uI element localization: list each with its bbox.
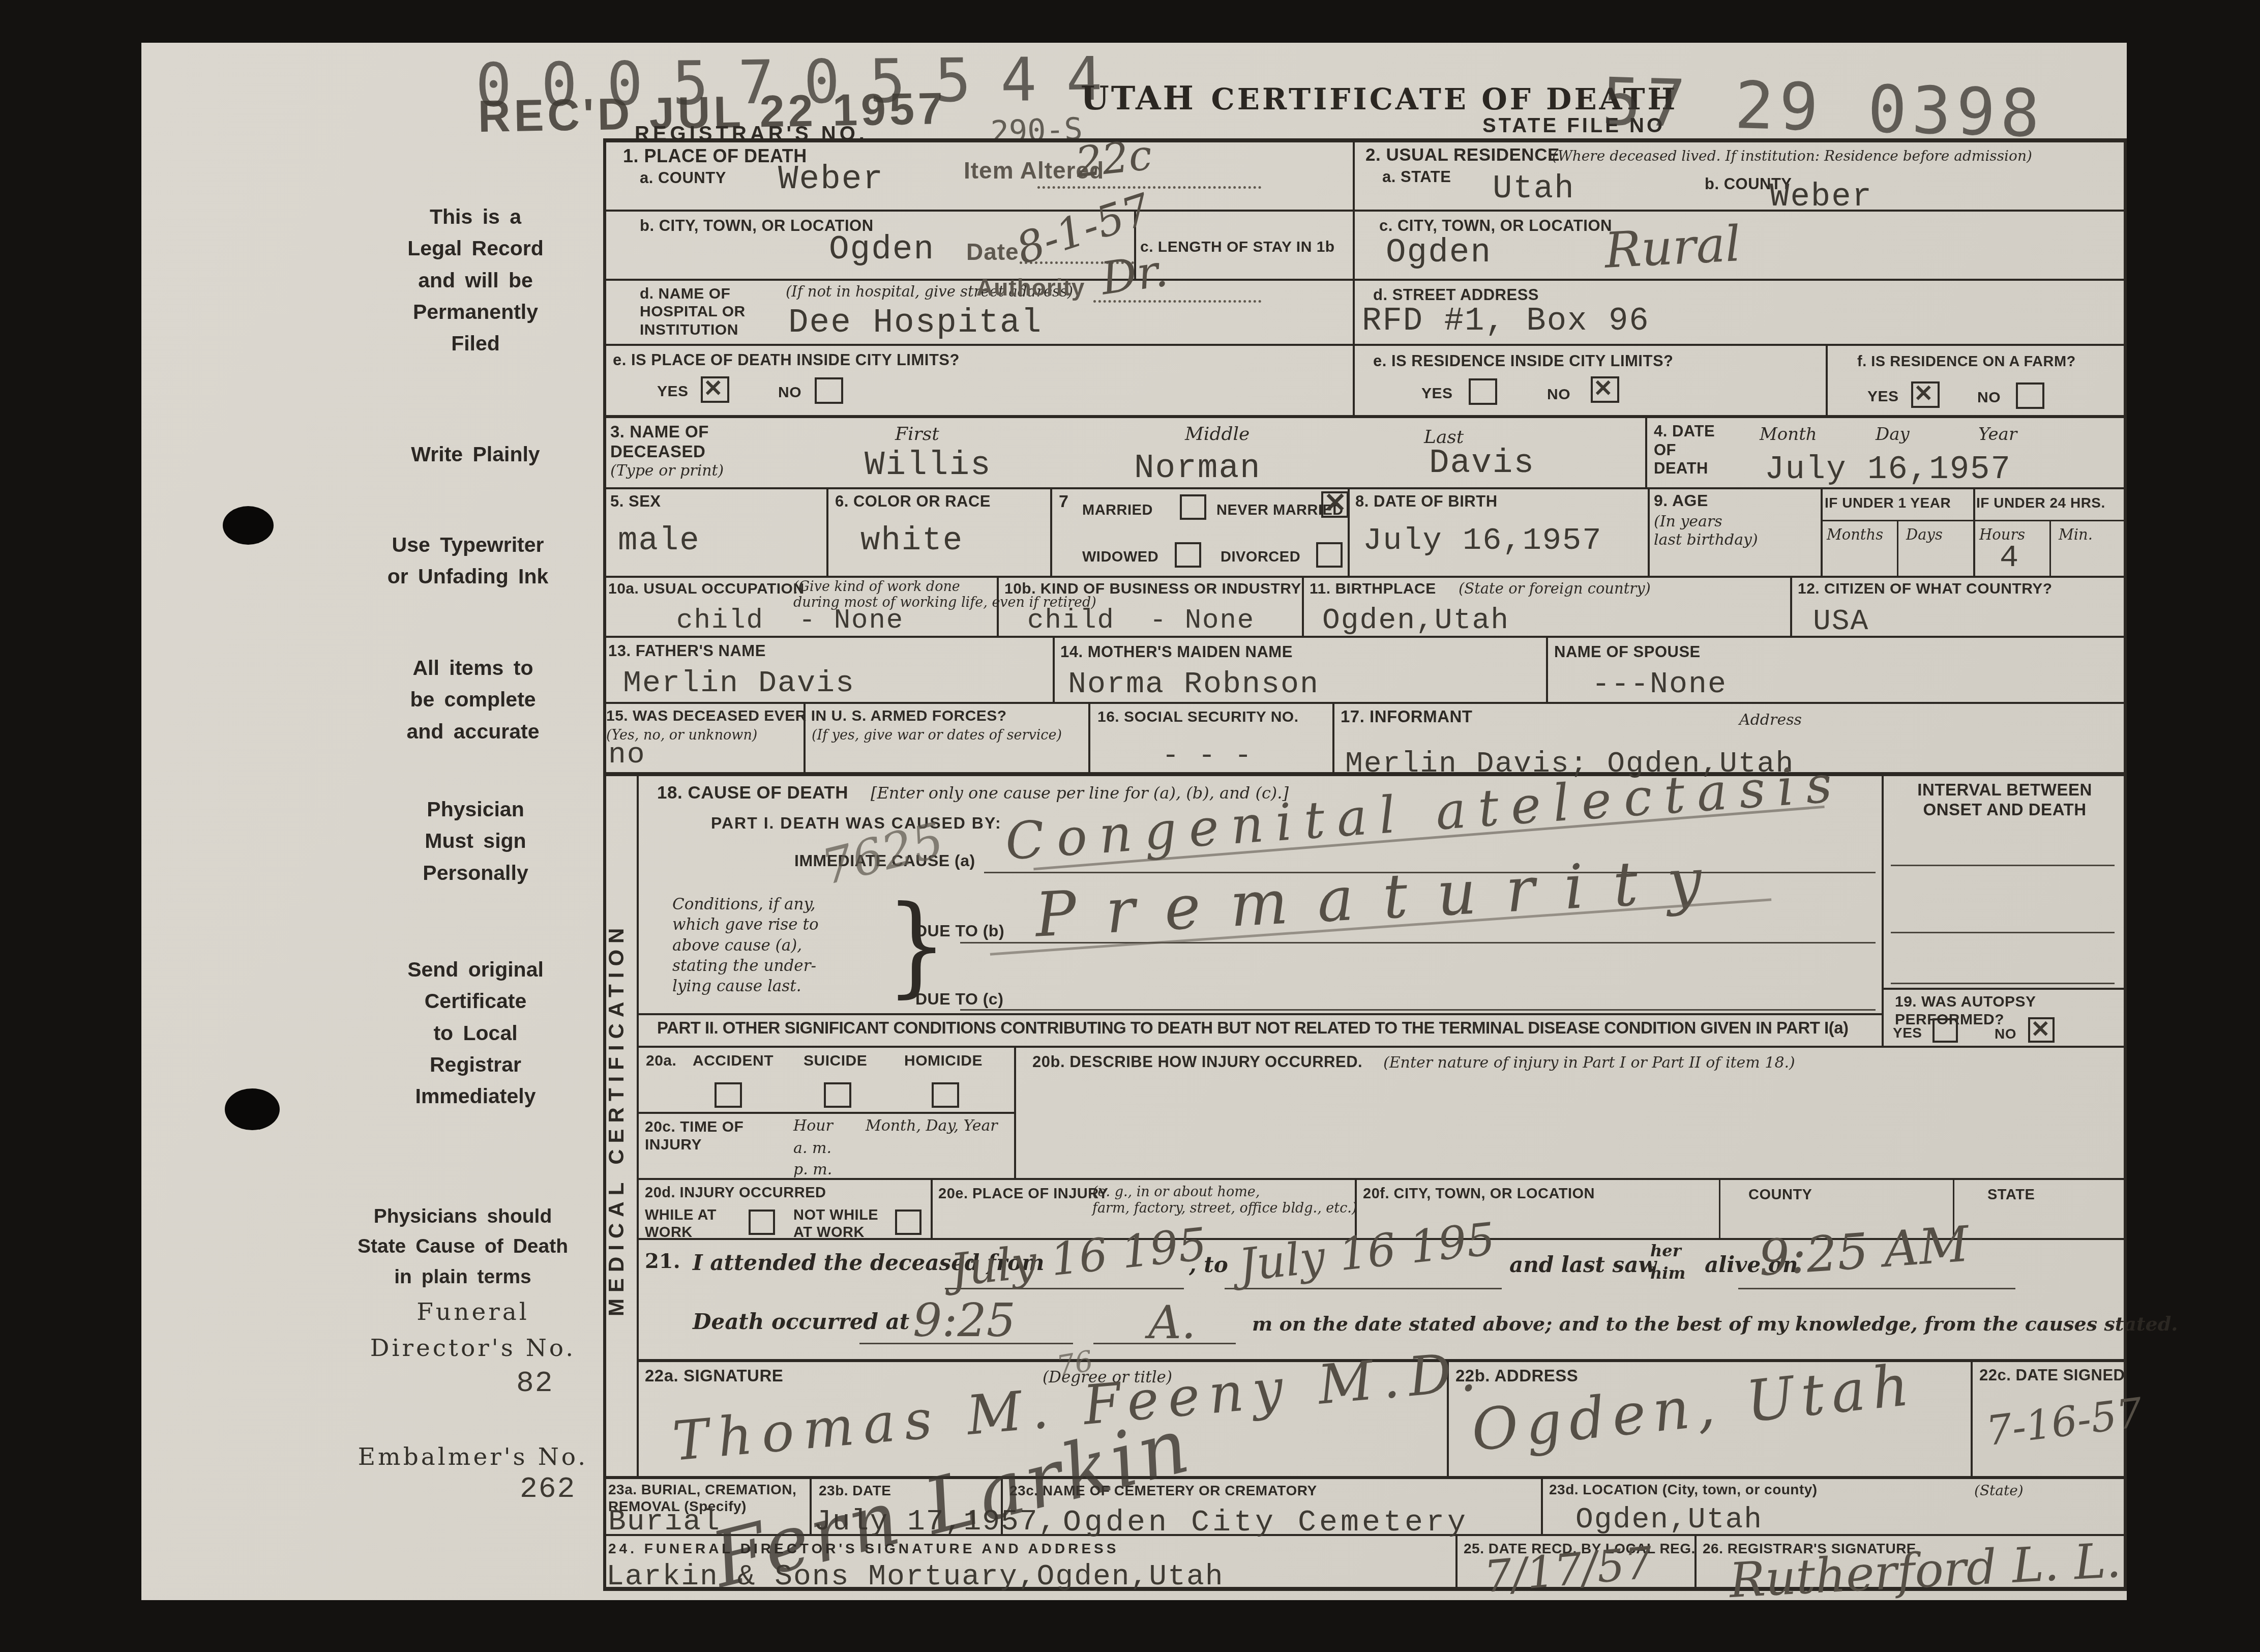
check-mark-icon: ✕: [1914, 381, 1934, 405]
s18-conditions-label: Conditions, if any, which gave rise to a…: [672, 894, 819, 996]
s3-last-value: Davis: [1429, 447, 1535, 480]
margin-note-legal-record: This is a Legal Record and will be Perma…: [356, 201, 595, 360]
s23a-burial-value: Burial: [608, 1508, 721, 1537]
s1d-hospital-label: d. NAME OF HOSPITAL OR INSTITUTION: [640, 285, 746, 339]
s2e-no-label: NO: [1547, 386, 1570, 403]
s20c-mdy-header: Month, Day, Year: [866, 1117, 998, 1135]
s1e-no-checkbox: [815, 377, 843, 404]
grid-line: [1014, 1046, 1016, 1180]
s2c-rural-handwriting: Rural: [1603, 219, 1742, 275]
grid-line: [637, 1046, 2127, 1048]
certificate-title: UTAH CERTIFICATE OF DEATH: [1081, 79, 1678, 117]
grid-line: [637, 1178, 2127, 1180]
s19-yes-label: YES: [1893, 1024, 1922, 1041]
s10a-occupation-label: 10a. USUAL OCCUPATION: [608, 580, 805, 598]
s20d-label: 20d. INJURY OCCURRED: [645, 1184, 826, 1201]
s20a-homicide-checkbox: [932, 1082, 959, 1108]
s9-under24-header: IF UNDER 24 HRS.: [1976, 494, 2105, 511]
s4-date-of-death-value: July 16,1957: [1765, 454, 2011, 486]
s2f-farm-label: f. IS RESIDENCE ON A FARM?: [1857, 353, 2076, 370]
check-mark-icon: ✕: [1593, 376, 1613, 400]
grid-line: [1546, 636, 1548, 704]
writing-line: [960, 1009, 1876, 1011]
s21-number: 21.: [645, 1249, 680, 1273]
s20d-notwhile-checkbox: [895, 1209, 921, 1235]
grid-line: [1541, 1476, 1543, 1536]
grid-line: [637, 1013, 1882, 1015]
s22a-signature-label: 22a. SIGNATURE: [645, 1366, 783, 1386]
s13-father-label: 13. FATHER'S NAME: [608, 642, 766, 661]
check-mark-icon: ✕: [2031, 1017, 2050, 1041]
s2f-yes-checkbox: ✕: [1911, 381, 1940, 408]
grid-line: [1790, 576, 1792, 638]
s4-day-header: Day: [1876, 424, 1910, 445]
authority-label: Authority: [976, 274, 1085, 301]
medical-certification-strip: MEDICAL CERTIFICATION: [604, 793, 636, 1444]
s20d-notwhile-label: NOT WHILE AT WORK: [793, 1206, 878, 1241]
s20f-county-header: COUNTY: [1748, 1186, 1812, 1203]
s2e-yes-label: YES: [1421, 385, 1453, 402]
s20b-sub: (Enter nature of injury in Part I or Par…: [1383, 1054, 1795, 1072]
spouse-value: ---None: [1592, 669, 1727, 700]
grid-line: [603, 279, 2127, 281]
writing-line: [1738, 1288, 2015, 1289]
grid-line: [1971, 1359, 1973, 1478]
s20a-number: 20a.: [646, 1052, 676, 1070]
s21-time-handwriting: 9:25 AM: [1757, 1220, 1970, 1283]
s7-married-label: MARRIED: [1082, 501, 1153, 519]
section2-title-sub: (Where deceased lived. If institution: R…: [1552, 147, 2032, 165]
grid-line: [603, 702, 2127, 704]
s21-ampm-handwriting: A.: [1148, 1300, 1196, 1346]
s21-to-text: , to: [1189, 1252, 1228, 1277]
grid-line: [1053, 636, 1055, 704]
margin-note-plain-terms: Physicians should State Cause of Death i…: [315, 1201, 610, 1292]
s3-middle-header: Middle: [1185, 423, 1250, 445]
s4-month-header: Month: [1760, 424, 1817, 445]
grid-line: [1821, 487, 1823, 578]
grid-line: [637, 1112, 1014, 1114]
s23d-location-label: 23d. LOCATION (City, town, or county): [1549, 1481, 1818, 1498]
s21-him-text: him: [1650, 1263, 1685, 1283]
scanned-death-certificate: 0005705544 REC'D JUL 22 1957 REGISTRAR'S…: [0, 0, 2260, 1652]
signature-extra-handwriting: 76: [1055, 1347, 1095, 1381]
s2c-city-value: Ogden: [1386, 236, 1492, 270]
s20a-suicide-checkbox: [824, 1082, 851, 1108]
grid-line: [826, 487, 828, 578]
s2e-citylimits-label: e. IS RESIDENCE INSIDE CITY LIMITS?: [1373, 352, 1674, 371]
s3-middle-value: Norman: [1134, 452, 1261, 485]
s21-lastsaw-text: and last saw: [1509, 1252, 1657, 1277]
s7-divorced-label: DIVORCED: [1221, 548, 1300, 566]
s7-never-married-checkbox: ✕: [1321, 491, 1349, 518]
s3-type-or-print: (Type or print): [610, 462, 724, 480]
s15-sub2: (If yes, give war or dates of service): [812, 727, 1062, 744]
grid-line: [1882, 772, 1884, 1048]
s22b-address-label: 22b. ADDRESS: [1455, 1366, 1578, 1386]
dotted-line: [1037, 186, 1261, 189]
s17-address-header: Address: [1739, 711, 1802, 729]
s19-no-label: NO: [1995, 1025, 2016, 1042]
s20a-homicide-label: HOMICIDE: [904, 1052, 983, 1070]
writing-line: [1891, 932, 2115, 933]
s21-time2-handwriting: 9:25: [913, 1298, 1016, 1344]
s1e-no-label: NO: [778, 383, 801, 401]
grid-line: [931, 1178, 933, 1240]
spouse-label: NAME OF SPOUSE: [1554, 643, 1701, 662]
s17-informant-label: 17. INFORMANT: [1341, 707, 1473, 727]
writing-line: [1891, 865, 2115, 866]
s20d-while-checkbox: [749, 1209, 775, 1235]
s9-age-sub: (In years last birthday): [1654, 513, 1758, 549]
margin-note-physician-sign: Physician Must sign Personally: [356, 793, 595, 889]
grid-line: [637, 772, 639, 1479]
s16-ssn-value: - - -: [1162, 742, 1253, 770]
punch-hole: [225, 1088, 280, 1130]
s2f-no-checkbox: [2016, 382, 2044, 409]
embalmer-no-value: 262: [520, 1475, 576, 1504]
s13-father-value: Merlin Davis: [623, 668, 855, 699]
s5-sex-value: male: [618, 525, 700, 557]
s12-citizen-label: 12. CITIZEN OF WHAT COUNTRY?: [1798, 580, 2053, 598]
s2a-state-value: Utah: [1493, 173, 1575, 205]
grid-line: [603, 344, 2127, 346]
s2a-state-label: a. STATE: [1382, 168, 1451, 187]
grid-line: [1973, 487, 1975, 578]
grid-line: [1332, 702, 1334, 774]
s18-due-b-label: DUE TO (b): [915, 922, 1004, 941]
item-altered-value: 22c: [1074, 134, 1154, 184]
s18-part1-label: PART I. DEATH WAS CAUSED BY:: [711, 814, 1002, 833]
grid-line: [1088, 702, 1090, 774]
s3-name-label: 3. NAME OF DECEASED: [610, 422, 709, 462]
writing-line: [1891, 983, 2115, 984]
s7-married-checkbox: [1180, 494, 1206, 520]
s22c-date-signed-label: 22c. DATE SIGNED: [1979, 1366, 2125, 1385]
s7-divorced-checkbox: [1316, 542, 1343, 568]
s11-birthplace-value: Ogden,Utah: [1322, 606, 1509, 636]
registrar-no-label: REGISTRAR'S NO.: [635, 122, 868, 146]
grid-line: [1882, 988, 2127, 990]
s8-birth-label: 8. DATE OF BIRTH: [1355, 492, 1498, 511]
s7-widowed-checkbox: [1175, 542, 1201, 568]
punch-hole: [223, 506, 274, 545]
s8-birth-value: July 16,1957: [1363, 525, 1602, 556]
check-mark-icon: ✕: [703, 376, 723, 400]
s1b-city-value: Ogden: [829, 233, 935, 267]
s1e-yes-checkbox: ✕: [701, 376, 729, 403]
margin-note-write-plainly: Write Plainly: [356, 438, 595, 470]
s2e-no-checkbox: ✕: [1591, 376, 1619, 403]
funeral-director-no-label: Funeral Director's No.: [325, 1294, 620, 1366]
s20e-sub: (e. g., in or about home, farm, factory,…: [1092, 1184, 1357, 1217]
grid-line: [603, 210, 2127, 212]
s2d-street-value: RFD #1, Box 96: [1362, 305, 1650, 338]
registrar-no-value: 290-S: [990, 111, 1083, 150]
s7-widowed-label: WIDOWED: [1082, 548, 1158, 566]
s15-armed-forces-label: 15. WAS DECEASED EVER IN U. S. ARMED FOR…: [606, 707, 1007, 725]
s3-first-value: Willis: [865, 449, 992, 482]
s7-number: 7: [1059, 491, 1068, 512]
check-mark-icon: ✕: [1324, 489, 1347, 517]
s20c-am-label: a. m.: [793, 1139, 831, 1158]
s21-causes-stated-text: m on the date stated above; and to the b…: [1252, 1312, 2178, 1335]
s15-value: no: [608, 741, 646, 770]
s18-part2-label: PART II. OTHER SIGNIFICANT CONDITIONS CO…: [657, 1018, 1849, 1038]
s19-autopsy-label: 19. WAS AUTOPSY PERFORMED?: [1895, 993, 2036, 1029]
authority-value: Dr.: [1098, 248, 1171, 301]
s20c-pm-label: p. m.: [793, 1161, 832, 1179]
s4-date-of-death-label: 4. DATE OF DEATH: [1654, 422, 1715, 478]
grid-line: [1645, 415, 1647, 489]
s10b-industry-label: 10b. KIND OF BUSINESS OR INDUSTRY: [1004, 580, 1301, 598]
s19-yes-checkbox: [1932, 1018, 1958, 1043]
s21-death-occurred-text: Death occurred at: [693, 1309, 909, 1334]
grid-line: [603, 415, 2127, 418]
s11-birthplace-sub: (State or foreign country): [1459, 580, 1651, 598]
s23d-location-value: Ogden,Utah: [1575, 1506, 1763, 1535]
s1c-length-label: c. LENGTH OF STAY IN 1b: [1140, 238, 1335, 256]
s20e-label: 20e. PLACE OF INJURY: [938, 1185, 1108, 1202]
margin-note-send-original: Send original Certificate to Local Regis…: [356, 954, 595, 1112]
s21-her-text: her: [1650, 1241, 1681, 1260]
grid-line: [1821, 520, 2126, 521]
s23c-cemetery-value: Ogden City Cemetery: [1063, 1508, 1469, 1538]
s24-funeral-director-value: Larkin & Sons Mortuary,Ogden,Utah: [606, 1562, 1224, 1592]
s18-title: 18. CAUSE OF DEATH: [657, 782, 848, 803]
s24-funeral-director-label: 24. FUNERAL DIRECTOR'S SIGNATURE AND ADD…: [608, 1540, 1119, 1557]
s2d-street-label: d. STREET ADDRESS: [1373, 286, 1539, 305]
s4-year-header: Year: [1978, 424, 2017, 445]
s9-under1yr-header: IF UNDER 1 YEAR: [1825, 494, 1951, 511]
s23d-state-sub: (State): [1974, 1482, 2024, 1499]
interval-header: INTERVAL BETWEEN ONSET AND DEATH: [1888, 780, 2122, 820]
grid-line: [603, 138, 2127, 142]
s20a-suicide-label: SUICIDE: [804, 1052, 867, 1070]
grid-line: [1050, 487, 1052, 578]
s10a-occupation-value: child - None: [676, 607, 904, 635]
s10b-industry-value: child - None: [1027, 607, 1255, 635]
altered-date-label: Date: [966, 238, 1019, 265]
s9-age-label: 9. AGE: [1654, 491, 1708, 511]
s18-due-c-label: DUE TO (c): [915, 990, 1003, 1009]
s14-mother-label: 14. MOTHER'S MAIDEN NAME: [1060, 643, 1293, 662]
funeral-director-no-value: 82: [516, 1369, 554, 1399]
grid-line: [1648, 487, 1650, 578]
s20f-state-header: STATE: [1987, 1186, 2035, 1203]
s1e-citylimits-label: e. IS PLACE OF DEATH INSIDE CITY LIMITS?: [613, 351, 960, 370]
s9-days-header: Days: [1906, 526, 1943, 544]
s20b-label: 20b. DESCRIBE HOW INJURY OCCURRED.: [1032, 1053, 1362, 1072]
s2f-no-label: NO: [1977, 389, 2001, 406]
grid-line: [2049, 520, 2051, 578]
s9-hours-value: 4: [2000, 542, 2019, 574]
s2b-county-value: Weber: [1770, 181, 1872, 214]
grid-line: [603, 1476, 2127, 1479]
s1a-county-label: a. COUNTY: [640, 169, 726, 188]
section2-title: 2. USUAL RESIDENCE: [1365, 144, 1560, 165]
s11-birthplace-label: 11. BIRTHPLACE: [1310, 580, 1436, 598]
grid-line: [1719, 1178, 1720, 1240]
margin-note-typewriter: Use Typewriter or Unfading Ink: [336, 529, 600, 593]
s1d-hospital-value: Dee Hospital: [788, 306, 1042, 340]
grid-line: [1302, 576, 1304, 638]
s6-race-label: 6. COLOR OR RACE: [835, 492, 991, 511]
s19-no-checkbox: ✕: [2028, 1017, 2055, 1043]
grid-line: [1455, 1534, 1458, 1589]
grid-line: [1826, 344, 1828, 417]
s20f-label: 20f. CITY, TOWN, OR LOCATION: [1363, 1185, 1595, 1202]
s20a-accident-checkbox: [715, 1082, 742, 1108]
grid-line: [1353, 138, 1355, 417]
s9-months-header: Months: [1827, 526, 1883, 544]
embalmer-no-label: Embalmer's No.: [325, 1439, 620, 1476]
s12-citizen-value: USA: [1813, 607, 1869, 637]
s6-race-value: white: [860, 525, 963, 557]
margin-note-complete-accurate: All items to be complete and accurate: [346, 652, 600, 747]
s9-min-header: Min.: [2059, 526, 2093, 544]
s16-ssn-label: 16. SOCIAL SECURITY NO.: [1097, 708, 1298, 726]
s3-first-header: First: [895, 423, 939, 445]
s20c-label: 20c. TIME OF INJURY: [645, 1118, 744, 1154]
s20c-hour-header: Hour: [793, 1117, 833, 1135]
s14-mother-value: Norma Robnson: [1068, 669, 1319, 700]
grid-line: [1897, 520, 1898, 578]
s2f-yes-label: YES: [1867, 388, 1899, 405]
title-utah: UTAH: [1081, 79, 1196, 117]
s20d-while-label: WHILE AT WORK: [645, 1206, 717, 1241]
s1a-county-value: Weber: [778, 163, 884, 196]
s20a-accident-label: ACCIDENT: [693, 1052, 774, 1070]
s1e-yes-label: YES: [657, 382, 689, 400]
s5-sex-label: 5. SEX: [610, 492, 661, 511]
s2e-yes-checkbox: [1469, 378, 1497, 405]
s2c-city-label: c. CITY, TOWN, OR LOCATION: [1379, 217, 1612, 235]
